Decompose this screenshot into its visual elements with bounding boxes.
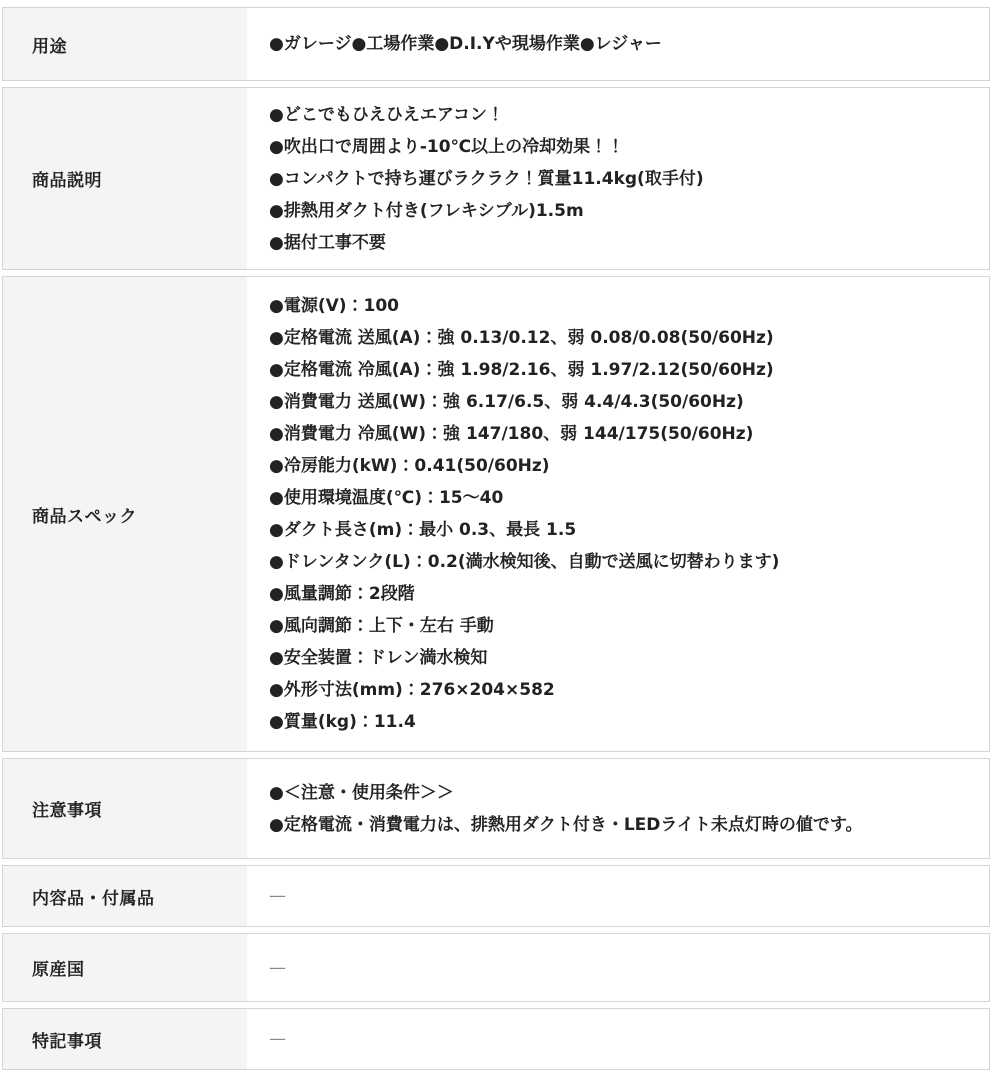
row-label: 用途 [3,8,247,80]
row-content: ●どこでもひえひえエアコン！●吹出口で周囲より-10℃以上の冷却効果！！●コンパ… [247,88,989,269]
row-content: ●電源(V)：100●定格電流 送風(A)：強 0.13/0.12、弱 0.08… [247,277,989,751]
empty-dash: — [269,880,965,912]
content-line: ●電源(V)：100 [269,290,965,322]
table-row: 内容品・付属品— [2,865,990,927]
content-line: ●定格電流 送風(A)：強 0.13/0.12、弱 0.08/0.08(50/6… [269,322,965,354]
content-line: ●定格電流 冷風(A)：強 1.98/2.16、弱 1.97/2.12(50/6… [269,354,965,386]
content-line: ●質量(kg)：11.4 [269,706,965,738]
table-row: 原産国— [2,933,990,1002]
product-spec-table: 用途●ガレージ●工場作業●D.I.Yや現場作業●レジャー商品説明●どこでもひえひ… [2,7,990,1070]
row-content: ●＜注意・使用条件＞＞●定格電流・消費電力は、排熱用ダクト付き・LEDライト未点… [247,759,989,858]
table-row: 商品スペック●電源(V)：100●定格電流 送風(A)：強 0.13/0.12、… [2,276,990,752]
content-line: ●消費電力 送風(W)：強 6.17/6.5、弱 4.4/4.3(50/60Hz… [269,386,965,418]
table-row: 特記事項— [2,1008,990,1070]
content-line: ●安全装置：ドレン満水検知 [269,642,965,674]
content-line: ●排熱用ダクト付き(フレキシブル)1.5m [269,195,965,227]
content-line: ●据付工事不要 [269,227,965,259]
row-label: 商品説明 [3,88,247,269]
content-line: ●ガレージ●工場作業●D.I.Yや現場作業●レジャー [269,28,965,60]
content-line: ●吹出口で周囲より-10℃以上の冷却効果！！ [269,131,965,163]
row-content: — [247,1009,989,1069]
table-row: 商品説明●どこでもひえひえエアコン！●吹出口で周囲より-10℃以上の冷却効果！！… [2,87,990,270]
content-line: ●風量調節：2段階 [269,578,965,610]
empty-dash: — [269,952,965,984]
table-row: 注意事項●＜注意・使用条件＞＞●定格電流・消費電力は、排熱用ダクト付き・LEDラ… [2,758,990,859]
empty-dash: — [269,1023,965,1055]
content-line: ●定格電流・消費電力は、排熱用ダクト付き・LEDライト未点灯時の値です。 [269,809,965,841]
row-label: 注意事項 [3,759,247,858]
content-line: ●ダクト長さ(m)：最小 0.3、最長 1.5 [269,514,965,546]
content-line: ●＜注意・使用条件＞＞ [269,777,965,809]
content-line: ●ドレンタンク(L)：0.2(満水検知後、自動で送風に切替わります) [269,546,965,578]
row-content: — [247,934,989,1001]
row-content: ●ガレージ●工場作業●D.I.Yや現場作業●レジャー [247,8,989,80]
content-line: ●外形寸法(mm)：276×204×582 [269,674,965,706]
content-line: ●冷房能力(kW)：0.41(50/60Hz) [269,450,965,482]
row-label: 商品スペック [3,277,247,751]
content-line: ●使用環境温度(℃)：15～40 [269,482,965,514]
content-line: ●コンパクトで持ち運びラクラク！質量11.4kg(取手付) [269,163,965,195]
row-content: — [247,866,989,926]
row-label: 特記事項 [3,1009,247,1069]
content-line: ●どこでもひえひえエアコン！ [269,99,965,131]
table-row: 用途●ガレージ●工場作業●D.I.Yや現場作業●レジャー [2,7,990,81]
product-detail-page: 用途●ガレージ●工場作業●D.I.Yや現場作業●レジャー商品説明●どこでもひえひ… [0,0,997,1080]
content-line: ●風向調節：上下・左右 手動 [269,610,965,642]
row-label: 内容品・付属品 [3,866,247,926]
content-line: ●消費電力 冷風(W)：強 147/180、弱 144/175(50/60Hz) [269,418,965,450]
row-label: 原産国 [3,934,247,1001]
